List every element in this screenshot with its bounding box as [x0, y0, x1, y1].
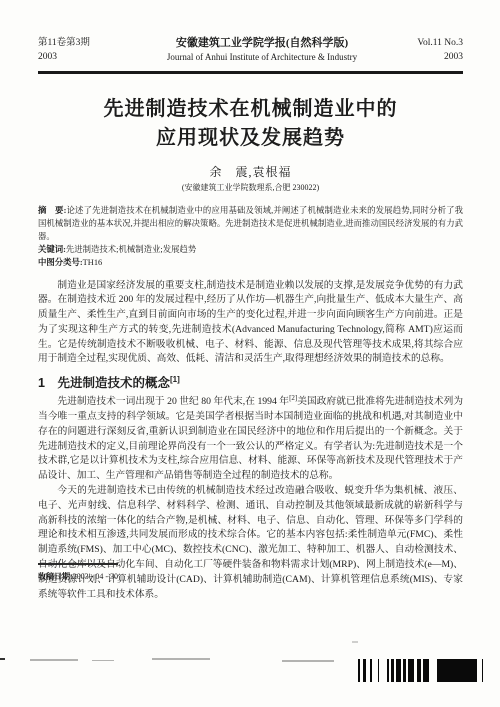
section-1-citation: [1]	[170, 375, 180, 384]
scan-smudge	[282, 660, 334, 662]
scan-artifact-barcode	[358, 659, 483, 682]
section-1-paragraph-2: 今天的先进制造技术已由传统的机械制造技术经过改造融合吸收、蜕变升华为集机械、液压…	[38, 484, 463, 602]
section-1-paragraph-1: 先进制造技术一词出现于 20 世纪 80 年代末,在 1994 年[2]美国政府…	[38, 395, 463, 484]
header-rule	[38, 71, 463, 74]
received-date-value: 2003 - 04 - 30	[73, 572, 118, 581]
keywords-text: 先进制造技术;机械制造业;发展趋势	[66, 245, 196, 254]
keywords-label: 关键词:	[38, 245, 66, 254]
header-issue-block: 第11卷第3期 2003	[38, 36, 133, 64]
journal-name-en: Journal of Anhui Institute of Architectu…	[133, 50, 391, 64]
issue-year-left: 2003	[38, 50, 133, 64]
footnote-rule	[38, 563, 118, 565]
header-journal-block: 安徽建筑工业学院学报(自然科学版) Journal of Anhui Insti…	[133, 36, 391, 64]
clc-value: TH16	[83, 258, 103, 267]
journal-page: 第11卷第3期 2003 安徽建筑工业学院学报(自然科学版) Journal o…	[0, 0, 500, 707]
article-title-line1: 先进制造技术在机械制造业中的	[104, 98, 398, 120]
page-footer: 收稿日期:2003 - 04 - 30	[38, 563, 118, 582]
journal-header: 第11卷第3期 2003 安徽建筑工业学院学报(自然科学版) Journal o…	[38, 36, 463, 64]
abstract-paragraph: 摘 要:论述了先进制造技术在机械制造业中的应用基础及领域,并阐述了机械制造业未来…	[38, 204, 463, 243]
page-content: 第11卷第3期 2003 安徽建筑工业学院学报(自然科学版) Journal o…	[0, 0, 500, 602]
scan-smudge	[352, 641, 358, 643]
paragraph-text: 先进制造技术一词出现于 20 世纪 80 年代末,在 1994 年	[57, 396, 289, 407]
abstract-block: 摘 要:论述了先进制造技术在机械制造业中的应用基础及领域,并阐述了机械制造业未来…	[38, 204, 463, 269]
scan-smudge	[152, 658, 210, 660]
paragraph-text: 美国政府就已批准将先进制造技术列为当今唯一重点支持的科学领域。它是美国学者根据当…	[38, 396, 463, 481]
volume-label-en: Vol.11 No.3	[391, 36, 463, 50]
issue-label-cn: 第11卷第3期	[38, 36, 133, 50]
section-1-title: 1 先进制造技术的概念	[38, 376, 170, 390]
clc-label: 中图分类号:	[38, 258, 83, 267]
article-title: 先进制造技术在机械制造业中的 应用现状及发展趋势	[38, 95, 463, 153]
affiliation: (安徽建筑工业学院数理系,合肥 230022)	[38, 182, 463, 193]
section-1-heading: 1 先进制造技术的概念[1]	[38, 375, 463, 391]
scan-smudge	[30, 659, 78, 661]
intro-paragraph: 制造业是国家经济发展的重要支柱,制造技术是制造业赖以发展的支撑,是发展竞争优势的…	[38, 279, 463, 368]
clc-line: 中图分类号:TH16	[38, 256, 463, 269]
article-body: 制造业是国家经济发展的重要支柱,制造技术是制造业赖以发展的支撑,是发展竞争优势的…	[38, 279, 463, 603]
scan-smudge	[92, 660, 114, 661]
abstract-text: 论述了先进制造技术在机械制造业中的应用基础及领域,并阐述了机械制造业未来的发展趋…	[38, 206, 463, 241]
authors: 余 震,袁根福	[38, 163, 463, 180]
article-title-line2: 应用现状及发展趋势	[156, 127, 345, 149]
citation-2: [2]	[289, 394, 297, 402]
journal-name-cn: 安徽建筑工业学院学报(自然科学版)	[133, 36, 391, 50]
abstract-label: 摘 要:	[38, 206, 66, 215]
header-volume-block: Vol.11 No.3 2003	[391, 36, 463, 64]
received-date-line: 收稿日期:2003 - 04 - 30	[38, 571, 118, 582]
keywords-line: 关键词:先进制造技术;机械制造业;发展趋势	[38, 243, 463, 256]
received-date-label: 收稿日期:	[38, 572, 73, 581]
scan-smudge	[0, 658, 5, 660]
issue-year-right: 2003	[391, 50, 463, 64]
